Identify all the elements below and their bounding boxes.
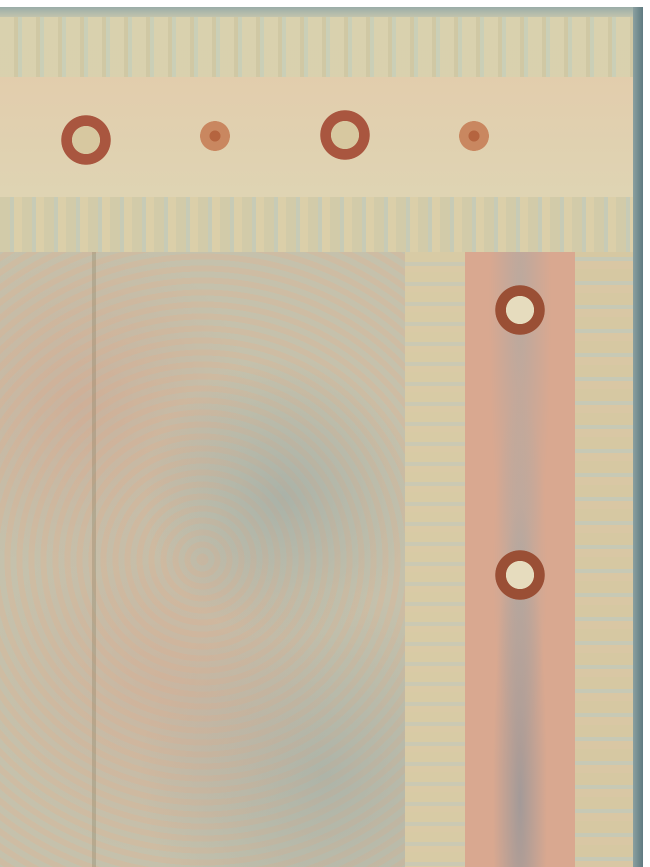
inner-guard-border — [405, 252, 465, 867]
fold-crease — [92, 252, 96, 867]
rug-photo — [0, 7, 643, 867]
rug-selvedge-right — [633, 7, 643, 867]
border-medallion-right — [492, 547, 548, 603]
outer-guard-border-right — [575, 197, 633, 867]
inner-guard-border-top — [0, 197, 633, 252]
rug-field — [0, 252, 405, 867]
border-medallion-right — [492, 282, 548, 338]
border-medallion — [317, 107, 373, 163]
border-medallion — [58, 112, 114, 168]
rug-top-edge — [0, 7, 643, 17]
border-rosette — [196, 117, 234, 155]
border-rosette — [455, 117, 493, 155]
outer-guard-border-top — [0, 17, 633, 77]
